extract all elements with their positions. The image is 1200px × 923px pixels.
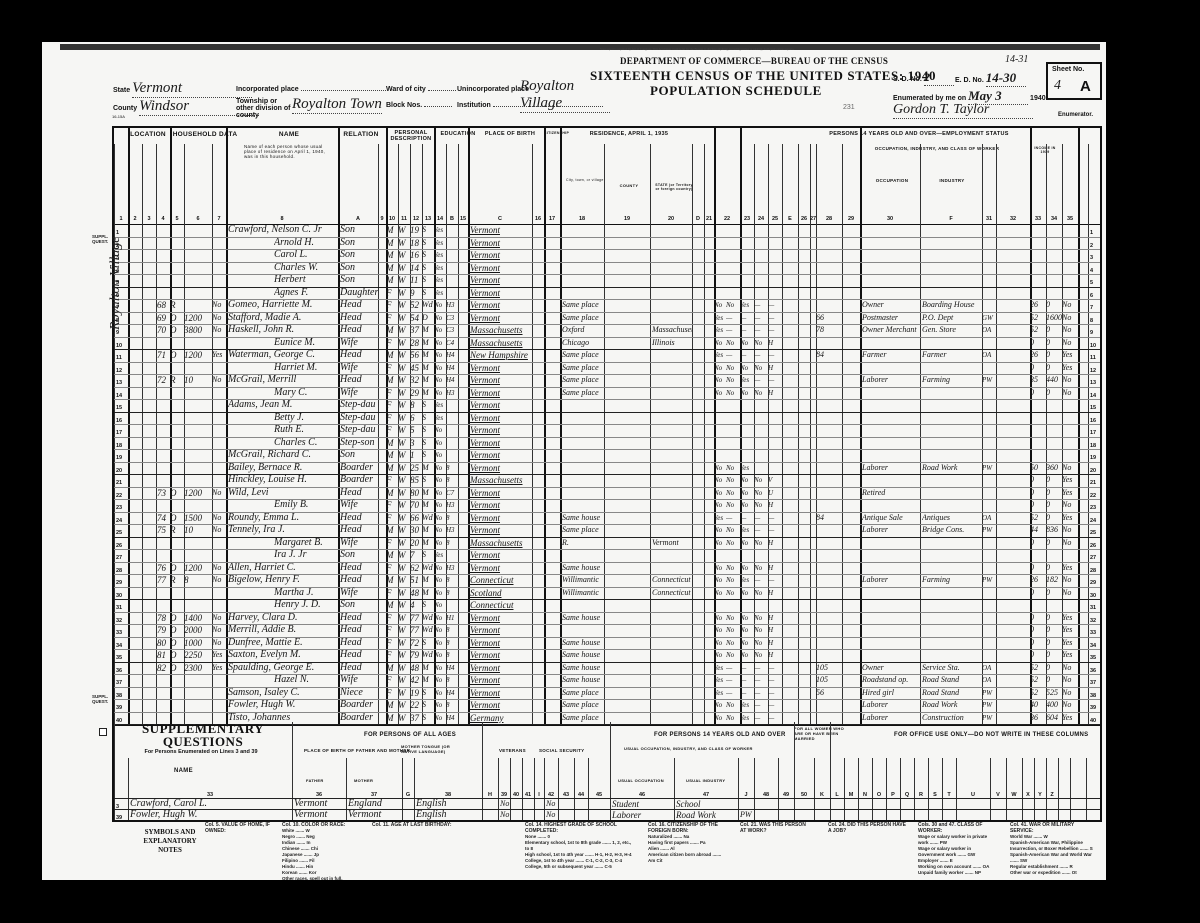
occupation: Owner — [862, 299, 920, 311]
other-income: Yes — [1062, 637, 1078, 649]
sex: M — [386, 662, 398, 674]
weeks-worked: 0 — [1030, 562, 1046, 574]
group-citizenship: CITIZENSHIP — [544, 131, 560, 135]
owned-rented: O — [170, 649, 184, 661]
weeks-worked: 0 — [1030, 587, 1046, 599]
birthplace: Vermont — [470, 312, 532, 324]
owned-rented: R — [170, 374, 184, 386]
usual-industry: Road Work — [676, 809, 738, 821]
employment-answer: No — [726, 574, 740, 586]
race: W — [398, 512, 410, 524]
birthplace: Vermont — [470, 387, 532, 399]
employment-answer: No — [726, 612, 740, 624]
note-item: College, 5th or subsequent year ....... … — [525, 864, 635, 870]
employment-answer: No — [726, 462, 740, 474]
supp-marker-bottom: SUPPL. QUEST. — [92, 694, 110, 704]
county-label: County — [113, 105, 137, 112]
highest-grade: 8 — [446, 587, 458, 599]
column-number: C — [468, 216, 532, 222]
person-name: Mary C. — [274, 387, 338, 399]
age: 56 — [410, 349, 422, 361]
note-col5-title: Col. 5. VALUE OF HOME, IF OWNED: — [205, 822, 275, 834]
employment-answer: No — [726, 699, 740, 711]
dwelling-number: 77 — [157, 574, 170, 586]
employment-answer: — — [754, 299, 768, 311]
farm-residence: No — [212, 512, 226, 524]
incorporated-place-value — [301, 90, 386, 91]
class-of-worker: PW — [982, 462, 996, 474]
column-number: 5 — [170, 216, 184, 222]
column-number: 13 — [422, 216, 434, 222]
hours-worked: 56 — [816, 687, 842, 699]
marital-status: S — [422, 699, 434, 711]
relation: Head — [340, 299, 378, 311]
ed-value: 14-30 — [986, 70, 1026, 87]
group-personal: PERSONAL DESCRIPTION — [386, 130, 436, 142]
school-attendance: No — [434, 587, 446, 599]
column-number: 28 — [816, 216, 842, 222]
marital-status: Wd — [422, 649, 434, 661]
person-name: McGrail, Richard C. — [228, 449, 338, 461]
column-number: 11 — [398, 216, 410, 222]
owned-rented: O — [170, 562, 184, 574]
note-col14: Col. 14. HIGHEST GRADE OF SCHOOL COMPLET… — [525, 822, 635, 870]
employment-answer: No — [740, 487, 754, 499]
owned-rented: O — [170, 624, 184, 636]
employment-answer: H — [768, 562, 782, 574]
father-birthplace: Vermont — [294, 809, 346, 821]
name-instructions: Name of each person whose usual place of… — [244, 144, 334, 159]
school-attendance: Yes — [434, 399, 446, 411]
farm-residence: No — [212, 312, 226, 324]
other-income: No — [1062, 312, 1078, 324]
table-row: 222273O1200NoWild, LeviHeadMW80MNoC7Verm… — [114, 487, 1100, 499]
birthplace: Vermont — [470, 449, 532, 461]
relation: Wife — [340, 499, 378, 511]
supp-col-usual-ind: USUAL INDUSTRY — [686, 778, 725, 783]
race: W — [398, 562, 410, 574]
note-col5: Col. 5. VALUE OF HOME, IF OWNED: — [205, 822, 275, 834]
other-income: No — [1062, 587, 1078, 599]
employment-answer: No — [754, 362, 768, 374]
age: 6 — [410, 412, 422, 424]
owned-rented: O — [170, 324, 184, 336]
birthplace: Connecticut — [470, 574, 532, 586]
group-relation: RELATION — [339, 131, 383, 138]
weeks-worked: 52 — [1030, 324, 1046, 336]
column-number: 29 — [842, 216, 860, 222]
industry: Boarding House — [922, 299, 982, 311]
table-row: 111171O1200YesWaterman, George C.HeadMW5… — [114, 349, 1100, 361]
block-value — [424, 106, 452, 107]
relation: Step-son — [340, 437, 378, 449]
school-attendance: No — [434, 649, 446, 661]
highest-grade: H3 — [446, 562, 458, 574]
person-name: Bigelow, Henry F. — [228, 574, 338, 586]
birthplace: Vermont — [470, 487, 532, 499]
relation: Wife — [340, 674, 378, 686]
other-income: No — [1062, 387, 1078, 399]
occupation: Postmaster — [862, 312, 920, 324]
highest-grade: 8 — [446, 474, 458, 486]
table-row: 2626Margaret B.WifeFW20MNo8Massachusetts… — [114, 537, 1100, 549]
table-row: 2727Ira J. JrSonMW7SYesVermont — [114, 549, 1100, 561]
school-attendance: No — [434, 674, 446, 686]
ed-note: 14-31 — [1005, 54, 1028, 65]
employment-answer: No — [740, 624, 754, 636]
note-col10: Col. 10. COLOR OR RACE: White ....... WN… — [282, 822, 382, 882]
age: 48 — [410, 587, 422, 599]
marital-status: M — [422, 387, 434, 399]
highest-grade: 8 — [446, 537, 458, 549]
farm-residence: No — [212, 612, 226, 624]
marital-status: S — [422, 437, 434, 449]
employment-answer: — — [754, 374, 768, 386]
highest-grade: C7 — [446, 487, 458, 499]
population-table: LOCATION HOUSEHOLD DATA NAME RELATION PE… — [112, 126, 1102, 726]
industry: Road Work — [922, 462, 982, 474]
relation: Son — [340, 274, 378, 286]
relation: Head — [340, 487, 378, 499]
relation: Head — [340, 649, 378, 661]
school-attendance: Yes — [434, 274, 446, 286]
residence-city: Same place — [562, 687, 604, 699]
ward-value — [428, 90, 456, 91]
column-number: 7 — [212, 216, 226, 222]
note-col21: Col. 21. WAS THIS PERSON AT WORK? — [740, 822, 810, 834]
marital-status: M — [422, 349, 434, 361]
employment-answer: H — [768, 337, 782, 349]
employment-answer: — — [768, 349, 782, 361]
wages: 1600 — [1046, 312, 1062, 324]
industry: Road Stand — [922, 674, 982, 686]
sex: F — [386, 287, 398, 299]
employment-answer: No — [740, 612, 754, 624]
home-value: 2000 — [184, 624, 212, 636]
occupation: Laborer — [862, 374, 920, 386]
home-value: 3800 — [184, 324, 212, 336]
relation: Wife — [340, 537, 378, 549]
margin-note: Royalton Village — [108, 237, 124, 330]
weeks-worked: 0 — [1030, 474, 1046, 486]
farm-residence: No — [212, 624, 226, 636]
other-income: No — [1062, 499, 1078, 511]
sex: F — [386, 362, 398, 374]
marital-status: M — [422, 499, 434, 511]
table-row: 11Crawford, Nelson C. JrSonMW19SYesVermo… — [114, 224, 1100, 236]
occupation: Laborer — [862, 574, 920, 586]
school-attendance: No — [434, 499, 446, 511]
note-col16-items: Naturalized ....... NaHaving first paper… — [648, 834, 726, 864]
table-row: 1010Eunice M.WifeFW28MNoC4MassachusettsC… — [114, 337, 1100, 349]
employment-answer: No — [754, 587, 768, 599]
weeks-worked: 52 — [1030, 674, 1046, 686]
race: W — [398, 612, 410, 624]
age: 37 — [410, 324, 422, 336]
person-name: Stafford, Madie A. — [228, 312, 338, 324]
person-name: Hinckley, Louise H. — [228, 474, 338, 486]
sex: F — [386, 687, 398, 699]
dwelling-number: 75 — [157, 524, 170, 536]
table-row: 1818Charles C.Step-sonMW3SNoVermont — [114, 437, 1100, 449]
weeks-worked: 0 — [1030, 387, 1046, 399]
school-attendance: No — [434, 637, 446, 649]
birthplace: Vermont — [470, 262, 532, 274]
employment-answer: No — [740, 499, 754, 511]
farm-residence: No — [212, 524, 226, 536]
column-number: 23 — [740, 216, 754, 222]
highest-grade: 8 — [446, 699, 458, 711]
employment-answer: — — [726, 324, 740, 336]
table-row: 33Carol L.SonMW16SYesVermont — [114, 249, 1100, 261]
note-item: Unpaid family worker ....... NP — [918, 870, 998, 876]
table-row: 1515Adams, Jean M.Step-dauFW8SYesVermont — [114, 399, 1100, 411]
other-income: No — [1062, 337, 1078, 349]
employment-answer: — — [768, 374, 782, 386]
other-income: Yes — [1062, 624, 1078, 636]
sheet-label: Sheet No. — [1052, 66, 1084, 73]
residence-city: Same house — [562, 512, 604, 524]
wages: 360 — [1046, 462, 1062, 474]
employment-answer: No — [726, 487, 740, 499]
note-item: Wage or salary worker in Government work… — [918, 846, 998, 858]
scan-bottom-edge — [0, 880, 1200, 923]
hours-worked: 105 — [816, 674, 842, 686]
age: 22 — [410, 699, 422, 711]
residence-city: Willimantic — [562, 574, 604, 586]
wages: 0 — [1046, 512, 1062, 524]
school-attendance: No — [434, 562, 446, 574]
table-row: 2121Hinckley, Louise H.BoarderFW85SNo8Ma… — [114, 474, 1100, 486]
person-name: Emily B. — [274, 499, 338, 511]
employment-answer: — — [740, 349, 754, 361]
usual-class: PW — [740, 809, 754, 821]
table-row: 282876O1200NoAllen, Harriet C.HeadFW62Wd… — [114, 562, 1100, 574]
relation: Daughter — [340, 287, 378, 299]
weeks-worked: 50 — [1030, 462, 1046, 474]
column-number: 16 — [532, 216, 544, 222]
table-row: 343480O1000NoDunfree, Mattie E.HeadFW72S… — [114, 637, 1100, 649]
weeks-worked: 0 — [1030, 487, 1046, 499]
home-value: 1400 — [184, 612, 212, 624]
highest-grade: H4 — [446, 662, 458, 674]
employment-answer: — — [768, 299, 782, 311]
person-name: Harvey, Clara D. — [228, 612, 338, 624]
block-field: Block Nos. — [386, 102, 452, 109]
class-of-worker: OA — [982, 674, 996, 686]
table-row: 131372R10NoMcGrail, MerrillHeadMW32MNoH4… — [114, 374, 1100, 386]
industry: Farming — [922, 574, 982, 586]
table-row: 66Agnes F.DaughterFW9SYesVermont — [114, 287, 1100, 299]
marital-status: S — [422, 599, 434, 611]
highest-grade: 8 — [446, 462, 458, 474]
birthplace: Vermont — [470, 237, 532, 249]
note-col16-title: Col. 16. CITIZENSHIP OF THE FOREIGN BORN… — [648, 822, 726, 834]
sex: F — [386, 612, 398, 624]
birthplace: Scotland — [470, 587, 532, 599]
employment-answer: — — [754, 312, 768, 324]
column-number: 12 — [410, 216, 422, 222]
column-number: 25 — [768, 216, 782, 222]
sd-value: 2 — [924, 70, 954, 86]
race: W — [398, 637, 410, 649]
dwelling-number: 81 — [157, 649, 170, 661]
sex: M — [386, 349, 398, 361]
birthplace: Massachusetts — [470, 324, 532, 336]
birthplace: Vermont — [470, 462, 532, 474]
supp-col-name: NAME — [174, 768, 193, 774]
ward-field: Ward of city — [386, 86, 456, 93]
owned-rented: R — [170, 574, 184, 586]
person-name: Arnold H. — [274, 237, 338, 249]
state-label: State — [113, 87, 130, 94]
school-attendance: No — [434, 462, 446, 474]
marital-status: Wd — [422, 612, 434, 624]
table-row: 9970O3800NoHaskell, John R.HeadMW37MNoC3… — [114, 324, 1100, 336]
other-income: No — [1062, 662, 1078, 674]
school-attendance: Yes — [434, 262, 446, 274]
relation: Head — [340, 637, 378, 649]
industry: Farmer — [922, 349, 982, 361]
person-name: McGrail, Merrill — [228, 374, 338, 386]
home-value: 10 — [184, 374, 212, 386]
col-res-county: COUNTY — [609, 183, 649, 188]
owned-rented: O — [170, 612, 184, 624]
school-attendance: No — [434, 574, 446, 586]
age: 30 — [410, 524, 422, 536]
table-row: 242474O1500NoRoundy, Emma L.HeadFW66WdNo… — [114, 512, 1100, 524]
marital-status: S — [422, 274, 434, 286]
marital-status: S — [422, 237, 434, 249]
employment-answer: No — [754, 624, 768, 636]
marital-status: S — [422, 687, 434, 699]
hours-worked: 84 — [816, 512, 842, 524]
age: 20 — [410, 537, 422, 549]
farm-residence: No — [212, 637, 226, 649]
race: W — [398, 249, 410, 261]
occupation: Owner — [862, 662, 920, 674]
school-attendance: Yes — [434, 287, 446, 299]
employment-answer: No — [726, 299, 740, 311]
wages: 440 — [1046, 374, 1062, 386]
employment-answer: No — [726, 587, 740, 599]
column-number: 24 — [754, 216, 768, 222]
person-name: Bailey, Bernace R. — [228, 462, 338, 474]
weeks-worked: 0 — [1030, 624, 1046, 636]
employment-answer: Yes — [740, 524, 754, 536]
note-item: Other war or expedition ....... Ot — [1010, 870, 1098, 876]
person-name: Margaret B. — [274, 537, 338, 549]
highest-grade: 8 — [446, 637, 458, 649]
farm-residence: Yes — [212, 649, 226, 661]
birthplace: Connecticut — [470, 599, 532, 611]
column-number: 21 — [704, 216, 714, 222]
person-name: Adams, Jean M. — [228, 399, 338, 411]
dwelling-number: 72 — [157, 374, 170, 386]
other-income: Yes — [1062, 349, 1078, 361]
employment-answer: — — [754, 349, 768, 361]
note-col24-title: Col. 24. DID THIS PERSON HAVE A JOB? — [828, 822, 908, 834]
table-row: 1616Betty J.Step-dauFW6SYesVermont — [114, 412, 1100, 424]
age: 54 — [410, 312, 422, 324]
sex: M — [386, 599, 398, 611]
employment-answer: No — [726, 337, 740, 349]
other-income: Yes — [1062, 512, 1078, 524]
school-attendance: No — [434, 324, 446, 336]
race: W — [398, 337, 410, 349]
wages: 525 — [1046, 687, 1062, 699]
highest-grade: H4 — [446, 687, 458, 699]
race: W — [398, 449, 410, 461]
school-attendance: No — [434, 474, 446, 486]
highest-grade: 8 — [446, 649, 458, 661]
table-row: 323278O1400NoHarvey, Clara D.HeadFW77WdN… — [114, 612, 1100, 624]
age: 18 — [410, 237, 422, 249]
race: W — [398, 237, 410, 249]
employment-answer: No — [726, 387, 740, 399]
industry: P.O. Dept — [922, 312, 982, 324]
marital-status: S — [422, 224, 434, 236]
wages: 0 — [1046, 337, 1062, 349]
marital-status: M — [422, 487, 434, 499]
relation: Head — [340, 349, 378, 361]
industry: Antiques — [922, 512, 982, 524]
birthplace: Vermont — [470, 499, 532, 511]
birthplace: Vermont — [470, 287, 532, 299]
table-row: 7768RNoGomeo, Harriette M.HeadFW52WdNoH3… — [114, 299, 1100, 311]
person-name: Henry J. D. — [274, 599, 338, 611]
industry: Farming — [922, 374, 982, 386]
enumerator-signature: Gordon T. Taylor — [893, 102, 1033, 119]
age: 79 — [410, 649, 422, 661]
occupation: Laborer — [862, 699, 920, 711]
school-attendance: No — [434, 524, 446, 536]
col-industry: INDUSTRY — [922, 178, 982, 183]
employment-answer: No — [740, 537, 754, 549]
residence-city: Same place — [562, 362, 604, 374]
highest-grade: H3 — [446, 499, 458, 511]
age: 72 — [410, 637, 422, 649]
age: 51 — [410, 574, 422, 586]
hours-worked: 84 — [816, 349, 842, 361]
employment-answer: No — [726, 362, 740, 374]
dwelling-number: 82 — [157, 662, 170, 674]
owned-rented: R — [170, 299, 184, 311]
age: 52 — [410, 299, 422, 311]
residence-city: Same house — [562, 562, 604, 574]
marital-status: S — [422, 399, 434, 411]
school-attendance: No — [434, 512, 446, 524]
school-attendance: No — [434, 312, 446, 324]
supplementary-subtitle: For Persons Enumerated on Lines 3 and 39 — [116, 749, 286, 755]
class-of-worker: PW — [982, 574, 996, 586]
other-income: Yes — [1062, 362, 1078, 374]
school-attendance: No — [434, 349, 446, 361]
other-income: Yes — [1062, 474, 1078, 486]
table-row: 1717Ruth E.Step-dauFW5SNoVermont — [114, 424, 1100, 436]
birthplace: Vermont — [470, 274, 532, 286]
person-name: Martha J. — [274, 587, 338, 599]
weeks-worked: 0 — [1030, 337, 1046, 349]
department-title: DEPARTMENT OF COMMERCE—BUREAU OF THE CEN… — [620, 56, 888, 66]
employment-answer: H — [768, 649, 782, 661]
person-name: Herbert — [274, 274, 338, 286]
table-row: 3939Fowler, Hugh W.BoarderMW22SNo8Vermon… — [114, 699, 1100, 711]
employment-answer: H — [768, 612, 782, 624]
school-attendance: No — [434, 662, 446, 674]
table-row: 2020Bailey, Bernace R.BoarderMW25MNo8Ver… — [114, 462, 1100, 474]
supplementary-checkbox[interactable] — [99, 728, 107, 736]
